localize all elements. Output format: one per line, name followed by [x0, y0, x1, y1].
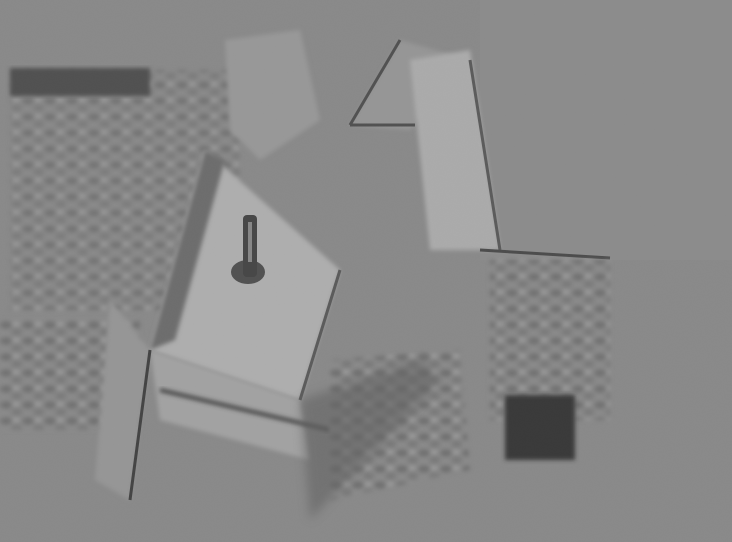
painting-canvas — [0, 0, 732, 542]
canvas-texture — [0, 0, 732, 542]
painting — [0, 0, 732, 542]
